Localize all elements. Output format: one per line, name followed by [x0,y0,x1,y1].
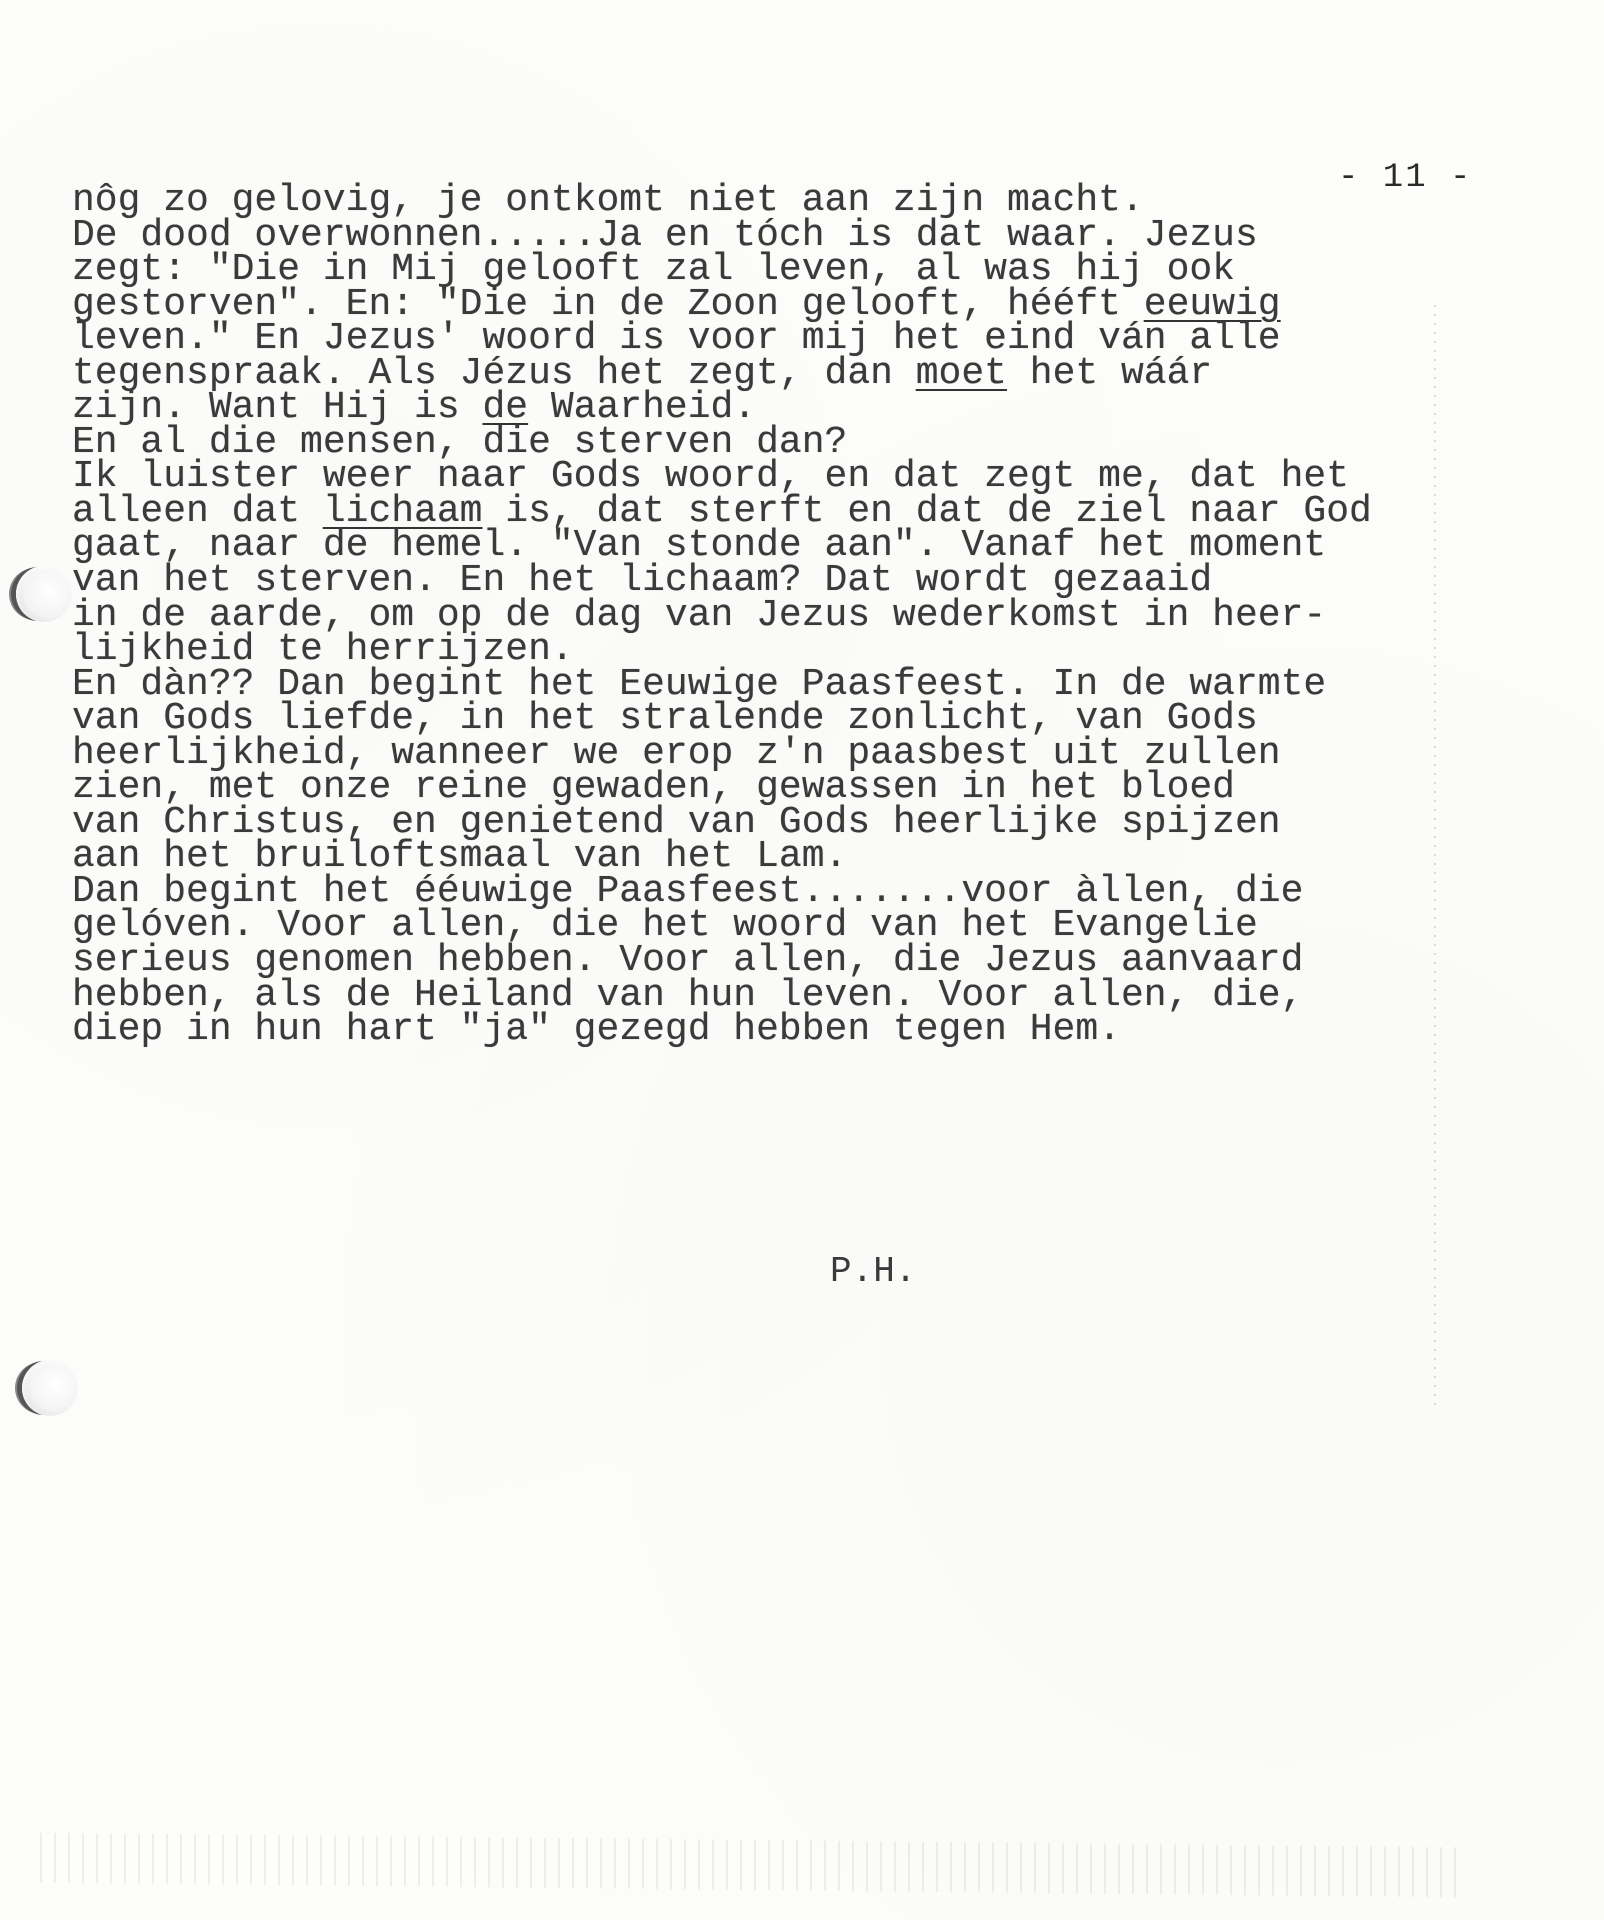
signature: P.H. [830,1252,916,1292]
typewritten-body: nôg zo gelovig, je ontkomt niet aan zijn… [72,184,1372,1048]
text-segment: het wáár [1007,352,1212,395]
margin-speckle-line [1434,305,1436,1405]
text-segment: diep in hun hart "ja" gezegd hebben tege… [72,1008,1121,1051]
bottom-speckles [40,1833,1460,1898]
document-page: - 11 - nôg zo gelovig, je ontkomt niet a… [0,0,1604,1920]
punch-hole-icon [16,566,72,622]
punch-hole-icon [22,1360,78,1416]
text-line: diep in hun hart "ja" gezegd hebben tege… [72,1013,1372,1048]
underlined-word: moet [916,352,1007,395]
